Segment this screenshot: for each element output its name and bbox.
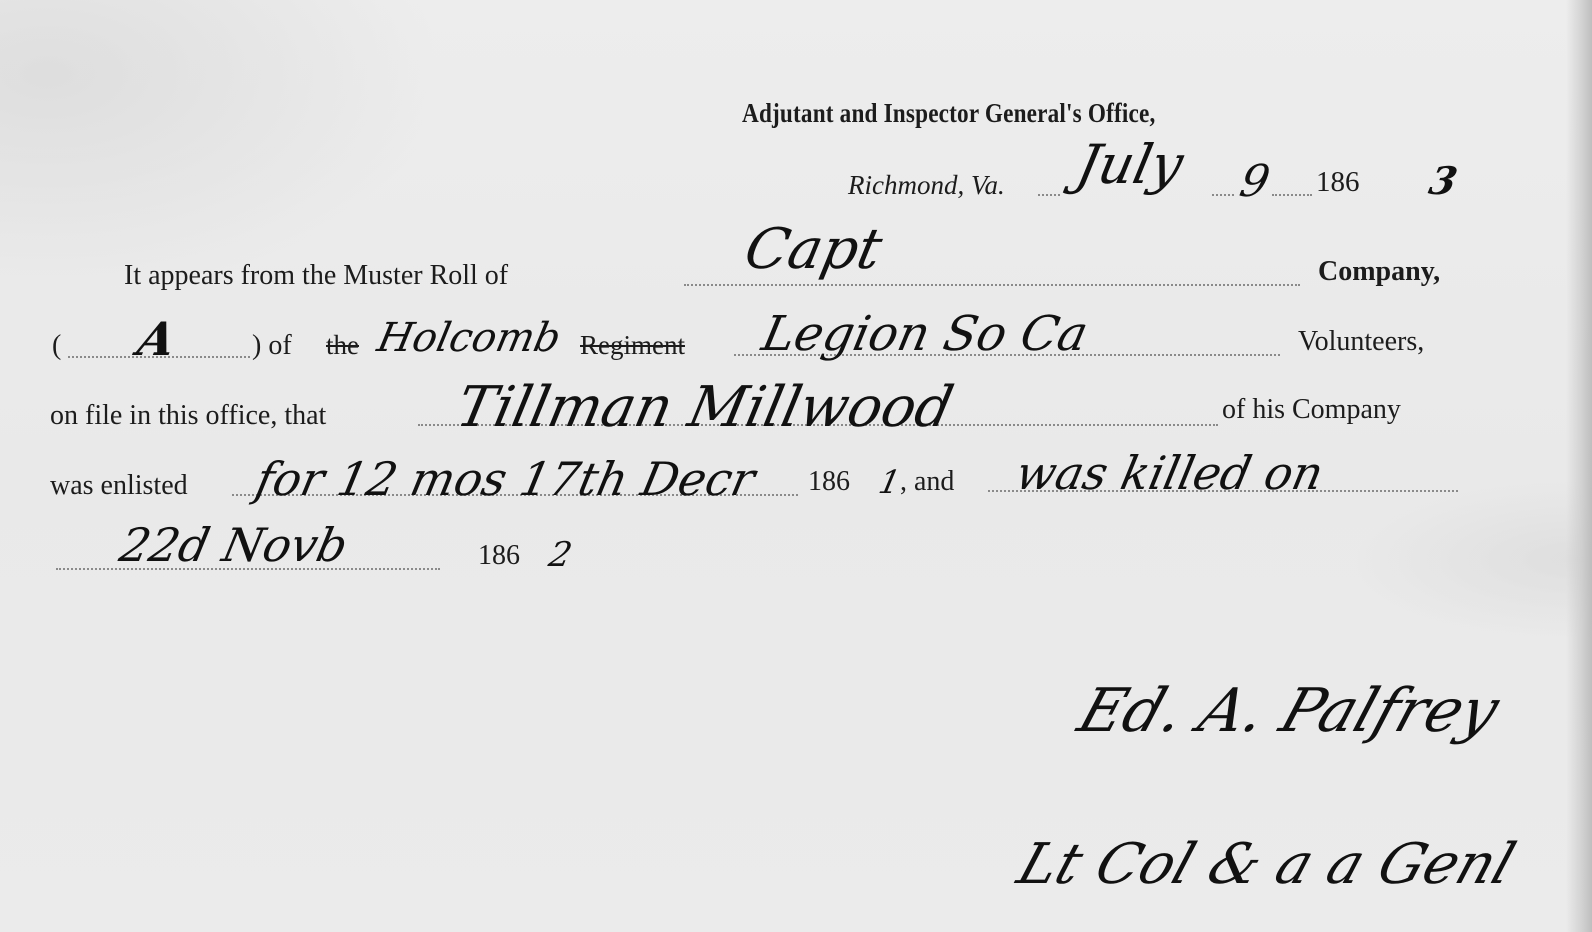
company-label: Company, (1318, 258, 1440, 286)
struck-regiment: Regiment (580, 332, 685, 359)
printed-year-prefix: 186 (1316, 168, 1360, 197)
place-label: Richmond, Va. (848, 172, 1005, 199)
captain-field-line (684, 284, 1300, 286)
handwritten-soldier-name: Tillman Millwood (452, 380, 958, 436)
handwritten-holcomb: Holcomb (374, 318, 564, 358)
office-header: Adjutant and Inspector General's Office, (742, 100, 1155, 127)
was-enlisted-text: was enlisted (50, 472, 188, 500)
date-dots-2 (1212, 194, 1234, 196)
and-label: , and (900, 468, 954, 496)
paper-edge-shadow (1566, 0, 1592, 932)
on-file-text: on file in this office, that (50, 402, 326, 430)
enlistment-year-prefix: 186 (808, 468, 850, 496)
handwritten-legion: Legion So Ca (758, 310, 1092, 358)
handwritten-month: July (1072, 138, 1188, 192)
volunteers-label: Volunteers, (1298, 328, 1424, 356)
document-paper (0, 0, 1592, 932)
handwritten-captain: Capt (740, 222, 886, 278)
signature-name: Ed. A. Palfrey (1070, 676, 1508, 746)
handwritten-enlistment: for 12 mos 17th Decr (252, 456, 759, 502)
death-year-prefix: 186 (478, 542, 520, 570)
handwritten-death-date: 22d Novb (116, 522, 352, 568)
open-paren: ( (52, 332, 61, 360)
handwritten-status: was killed on (1012, 450, 1327, 496)
date-dots-3 (1272, 194, 1312, 196)
of-his-company-label: of his Company (1222, 396, 1401, 424)
signature-title: Lt Col & a a Genl (1010, 832, 1523, 897)
date-dots-1 (1038, 194, 1060, 196)
muster-roll-text: It appears from the Muster Roll of (124, 262, 508, 290)
struck-the: the (326, 332, 359, 359)
of-label: ) of (252, 332, 292, 360)
